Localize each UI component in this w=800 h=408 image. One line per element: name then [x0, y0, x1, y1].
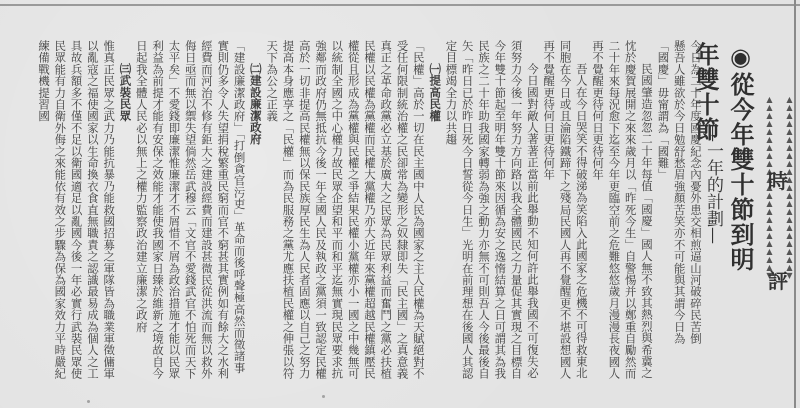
section-heading: ㈡建設廉潔政府 [248, 40, 264, 380]
article-opening: 今日為二十年度國慶紀念內憂外患交相煎逼山河破碎民苦倒懸吾人雖欲於今日勉舒愁眉強顏… [660, 40, 704, 350]
section-heading: ㈢武裝民眾 [117, 40, 133, 380]
section-text: 「建設廉潔政府」「打倒貪官污吏」革命而後呼聲極高然而徵諸事實則仍多令人失望捐稅繁… [134, 40, 248, 380]
article-body: 民國肇造忽忽二十年每值「國慶」國人無不致其熱烈與希冀之忱於慶賀展開之來來歲月以「… [36, 40, 655, 380]
article-headline: ◉從今年雙十節到明年雙十節 [726, 42, 758, 292]
column-label-shiping: ▲▲▲▲▲▲▲▲▲▲▲▲▲▲▲▲▲▲▲▲▲▲▼ ▲▲▲▲▲▲▲▲▲▲▲▲▲▲▲▲… [764, 95, 790, 335]
body-paragraph: 吾人在今日哭笑不得破涕為笑陷入此國家之危機不可得救東北同胞在今日或且淪陷鐵蹄下之… [541, 40, 590, 380]
right-border-rule [794, 0, 796, 408]
section-text: 「民權」高於一切在民主國中人民為國家之主人民權為天賦絕對不受任何限制統治權之民卻… [264, 40, 427, 380]
print-speck [87, 400, 90, 403]
top-border-rule [0, 4, 800, 6]
body-paragraph: 民國肇造忽忽二十年每值「國慶」國人無不致其熱烈與希冀之忱於慶賀展開之來來歲月以「… [590, 40, 655, 380]
newspaper-page: ▲▲▲▲▲▲▲▲▲▲▲▲▲▲▲▲▲▲▲▲▲▲▼ ▲▲▲▲▲▲▲▲▲▲▲▲▲▲▲▲… [0, 0, 800, 408]
body-paragraph: 今日國對敵人著著正當前此舉動不知何許此舉我國不可復失必須努力今後一年努力方向路以… [443, 40, 541, 380]
column-label-char-shi: 時 [768, 165, 788, 194]
column-label-char-ping: 評 [768, 265, 788, 294]
article-subheadline: —一年的計劃— [704, 125, 726, 245]
section-heading: ㈠提高民權 [427, 40, 443, 380]
print-speck [322, 395, 325, 398]
section-text: 惟真正民眾之武力乃能抗暴乃能救國招募之軍隊皆為職業軍徵傭軍以亂寇之福使國家以生命… [36, 40, 117, 380]
opening-paragraph: 今日為二十年度國慶紀念內憂外患交相煎逼山河破碎民苦倒懸吾人雖欲於今日勉舒愁眉強顏… [655, 40, 704, 350]
